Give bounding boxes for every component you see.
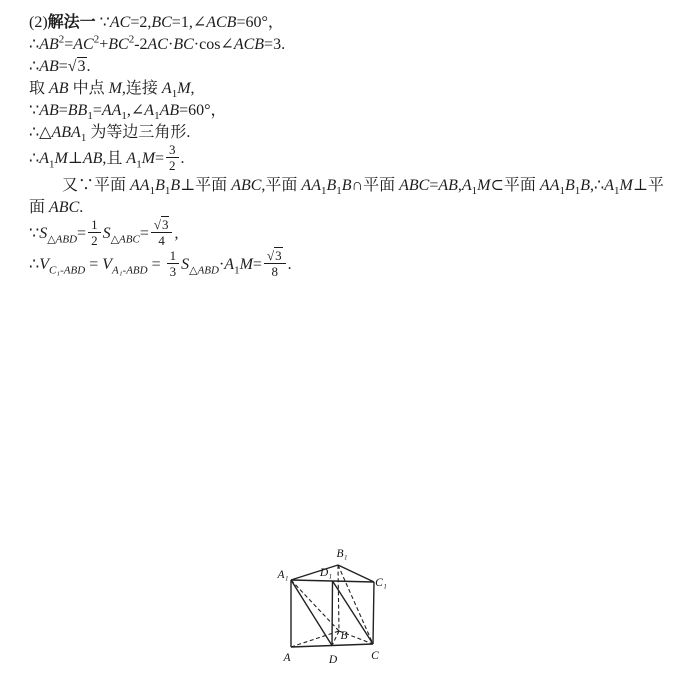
solution-line: ∵S△ABD=12S△ABC=√34,	[29, 219, 664, 250]
solution-line: ∴△ABA1 为等边三角形.	[29, 122, 664, 144]
edge-B1-B	[338, 565, 339, 631]
solution-line: ∴A1M⊥AB,且 A1M=32.	[29, 144, 664, 175]
figure-container: A₁B₁C₁D₁ADCB	[276, 545, 394, 675]
edge-B1-C1	[338, 565, 374, 582]
vertex-label: D	[328, 654, 338, 666]
vertex-label: C₁	[375, 577, 387, 589]
vertex-label: B	[340, 630, 347, 642]
solution-line: ∴AB=√3.	[29, 56, 664, 78]
edge-B-D	[332, 631, 339, 646]
edge-D1-D	[332, 581, 333, 646]
vertex-label: B₁	[336, 548, 347, 560]
solution-line: (2)解法一 ∵AC=2,BC=1,∠ACB=60°，	[29, 0, 664, 34]
document-page: (2)解法一 ∵AC=2,BC=1,∠ACB=60°， ∴AB2=AC2+BC2…	[0, 0, 676, 676]
vertex-label: A₁	[276, 569, 288, 581]
solution-line: ∴VC₁-ABD = VA₁-ABD = 13S△ABD·A1M=√38.	[29, 250, 664, 281]
vertex-label: A	[282, 652, 291, 664]
vertex-label: C	[371, 650, 379, 662]
solution-line: ∵AB=BB1=AA1,∠A1AB=60°，	[29, 100, 664, 122]
edge-C1-C	[373, 582, 374, 644]
solution-line: 又∵平面 AA1B1B⊥平面 ABC,平面 AA1B1B∩平面 ABC=AB,A…	[29, 175, 664, 219]
solution-line: 取 AB 中点 M,连接 A1M,	[29, 78, 664, 100]
solution-line: ∴AB2=AC2+BC2-2AC·BC·cos∠ACB=3.	[29, 34, 664, 56]
prism-figure: A₁B₁C₁D₁ADCB	[276, 545, 394, 675]
vertex-label: D₁	[319, 567, 332, 579]
